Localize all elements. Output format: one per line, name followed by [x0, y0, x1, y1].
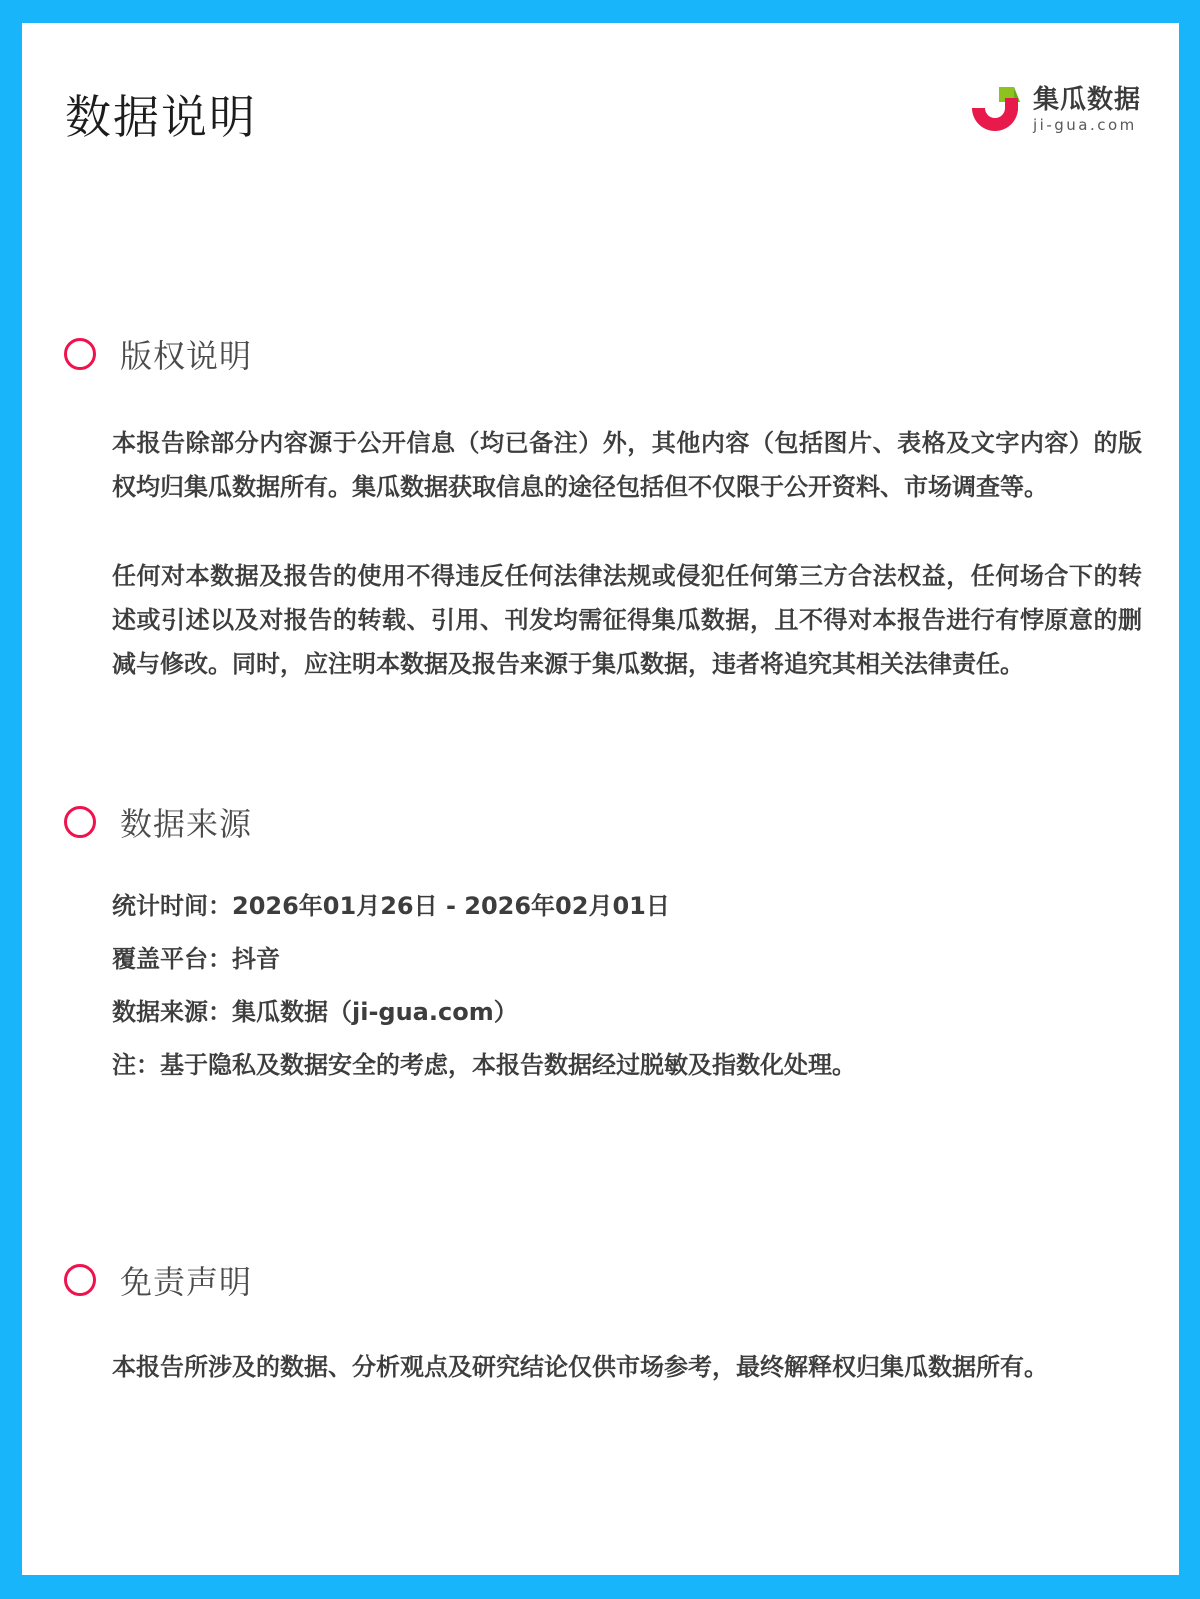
section-title: 免责声明 [120, 1257, 252, 1303]
stat-time-line: 统计时间：2026年01月26日 - 2026年02月01日 [112, 889, 1142, 923]
page-content: 数据说明 集瓜数据 ji-gua.com 版权说明 本报告除部分内容源于公开信息… [22, 23, 1179, 1575]
note-line: 注：基于隐私及数据安全的考虑，本报告数据经过脱敏及指数化处理。 [112, 1048, 1142, 1082]
page-title: 数据说明 [65, 81, 257, 147]
copyright-paragraph-1: 本报告除部分内容源于公开信息（均已备注）外，其他内容（包括图片、表格及文字内容）… [112, 421, 1142, 509]
section-header-disclaimer: 免责声明 [64, 1257, 252, 1303]
source-line: 数据来源：集瓜数据（ji-gua.com） [112, 995, 1142, 1029]
data-source-lines: 统计时间：2026年01月26日 - 2026年02月01日 覆盖平台：抖音 数… [112, 889, 1142, 1101]
platform-line: 覆盖平台：抖音 [112, 942, 1142, 976]
section-title: 版权说明 [120, 331, 252, 377]
report-page: 数据说明 集瓜数据 ji-gua.com 版权说明 本报告除部分内容源于公开信息… [0, 0, 1200, 1599]
disclaimer-paragraph: 本报告所涉及的数据、分析观点及研究结论仅供市场参考，最终解释权归集瓜数据所有。 [112, 1345, 1142, 1389]
logo-name: 集瓜数据 [1033, 85, 1141, 115]
section-header-data-source: 数据来源 [64, 799, 252, 845]
logo-text: 集瓜数据 ji-gua.com [1033, 85, 1141, 134]
section-bullet-icon [64, 1264, 96, 1296]
section-bullet-icon [64, 806, 96, 838]
section-title: 数据来源 [120, 799, 252, 845]
section-header-copyright: 版权说明 [64, 331, 252, 377]
section-bullet-icon [64, 338, 96, 370]
jigua-logo: 集瓜数据 ji-gua.com [970, 83, 1141, 135]
logo-domain: ji-gua.com [1033, 116, 1141, 134]
copyright-paragraph-2: 任何对本数据及报告的使用不得违反任何法律法规或侵犯任何第三方合法权益，任何场合下… [112, 554, 1142, 686]
jigua-logo-icon [970, 83, 1020, 135]
